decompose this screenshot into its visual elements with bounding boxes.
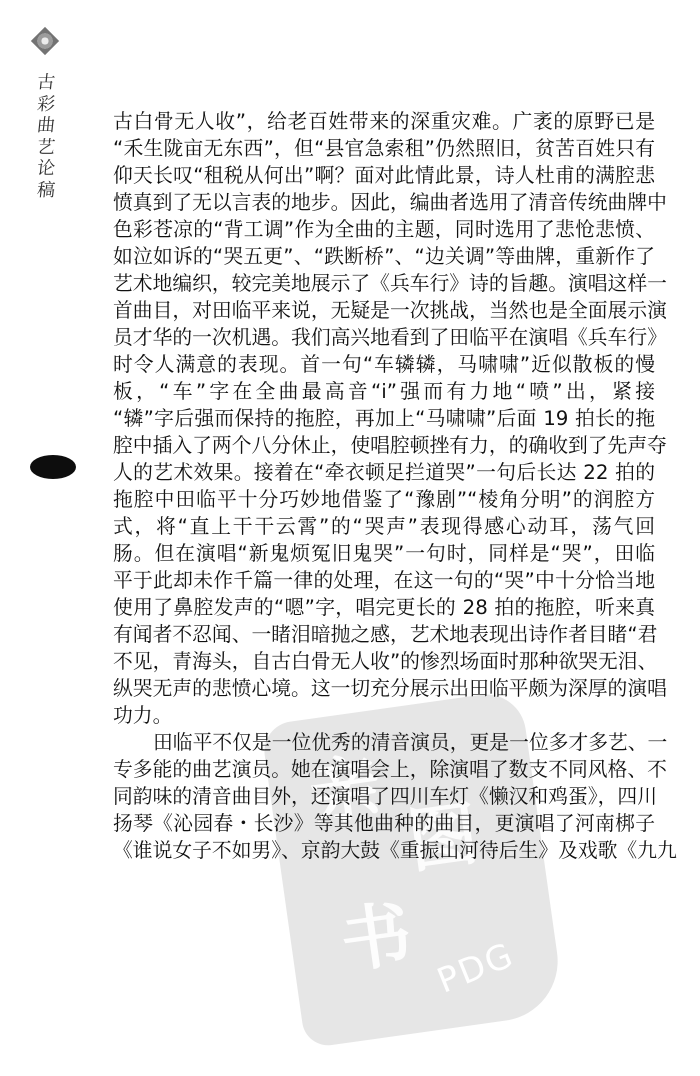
book-title-char: 艺	[32, 137, 60, 159]
book-title-char: 彩	[32, 94, 60, 116]
text-line: 如泣如诉的“哭五更”、“跌断桥”、“边关调”等曲牌，重新作了	[113, 243, 655, 270]
text-line: 平于此却未作千篇一律的处理，在这一句的“哭”中十分恰当地	[113, 567, 655, 594]
text-line: 同韵味的清音曲目外，还演唱了四川车灯《懒汉和鸡蛋》，四川	[113, 783, 655, 810]
text-line: 仰天长叹“租税从何出”啊？面对此情此景，诗人杜甫的满腔悲	[113, 162, 655, 189]
text-line: 式，将“直上干干云霄”的“哭声”表现得感心动耳，荡气回	[113, 513, 655, 540]
watermark-label: PDG	[432, 935, 520, 1002]
text-line: 腔中插入了两个八分休止，使唱腔顿挫有力，的确收到了先声夺	[113, 432, 655, 459]
paragraph: 古白骨无人收”，给老百姓带来的深重灾难。广袤的原野已是 “禾生陇亩无东西”，但“…	[113, 108, 655, 729]
text-line: 功力。	[113, 702, 655, 729]
diamond-ornament-icon	[31, 27, 59, 55]
text-line: 不见，青海头，自古白骨无人收”的惨烈场面时那种欲哭无泪、	[113, 648, 655, 675]
text-line: 拖腔中田临平十分巧妙地借鉴了“豫剧”“棱角分明”的润腔方	[113, 486, 655, 513]
text-line: 板，“车”字在全曲最高音“i”强而有力地“喷”出，紧接	[113, 378, 655, 405]
text-line: “辚”字后强而保持的拖腔，再加上“马啸啸”后面 19 拍长的拖	[113, 405, 655, 432]
text-line: “禾生陇亩无东西”，但“县官急索租”仍然照旧，贫苦百姓只有	[113, 135, 655, 162]
text-line: 使用了鼻腔发声的“嗯”字，唱完更长的 28 拍的拖腔，听来真	[113, 594, 655, 621]
text-line: 时令人满意的表现。首一句“车辚辚，马啸啸”近似散板的慢	[113, 351, 655, 378]
text-line: 专多能的曲艺演员。她在演唱会上，除演唱了数支不同风格、不	[113, 756, 655, 783]
book-title-char: 曲	[32, 115, 60, 137]
text-line: 人的艺术效果。接着在“牵衣顿足拦道哭”一句后长达 22 拍的	[113, 459, 655, 486]
book-title-char: 古	[32, 72, 60, 94]
text-line: 员才华的一次机遇。我们高兴地看到了田临平在演唱《兵车行》	[113, 324, 655, 351]
book-title-char: 稿	[32, 180, 60, 202]
black-oval-marker-icon	[30, 455, 76, 479]
watermark-glyph: 书	[334, 877, 417, 987]
page-body-text: 古白骨无人收”，给老百姓带来的深重灾难。广袤的原野已是 “禾生陇亩无东西”，但“…	[113, 108, 655, 864]
text-line: 古白骨无人收”，给老百姓带来的深重灾难。广袤的原野已是	[113, 108, 655, 135]
text-line: 田临平不仅是一位优秀的清音演员，更是一位多才多艺、一	[113, 729, 655, 756]
paragraph: 田临平不仅是一位优秀的清音演员，更是一位多才多艺、一 专多能的曲艺演员。她在演唱…	[113, 729, 655, 864]
text-line: 有闻者不忍闻、一睹泪暗抛之感，艺术地表现出诗作者目睹“君	[113, 621, 655, 648]
text-line: 纵哭无声的悲愤心境。这一切充分展示出田临平颇为深厚的演唱	[113, 675, 655, 702]
text-line: 《谁说女子不如男》、京韵大鼓《重振山河待后生》及戏歌《九九	[113, 837, 655, 864]
text-line: 艺术地编织，较完美地展示了《兵车行》诗的旨趣。演唱这样一	[113, 270, 655, 297]
text-line: 色彩苍凉的“背工调”作为全曲的主题，同时选用了悲怆悲愤、	[113, 216, 655, 243]
text-line: 肠。但在演唱“新鬼烦冤旧鬼哭”一句时，同样是“哭”，田临	[113, 540, 655, 567]
text-line: 扬琴《沁园春・长沙》等其他曲种的曲目，更演唱了河南梆子	[113, 810, 655, 837]
book-title-char: 论	[32, 158, 60, 180]
text-line: 愤真到了无以言表的地步。因此，编曲者选用了清音传统曲牌中	[113, 189, 655, 216]
text-line: 首曲目，对田临平来说，无疑是一次挑战，当然也是全面展示演	[113, 297, 655, 324]
running-book-title: 古 彩 曲 艺 论 稿	[33, 72, 59, 201]
